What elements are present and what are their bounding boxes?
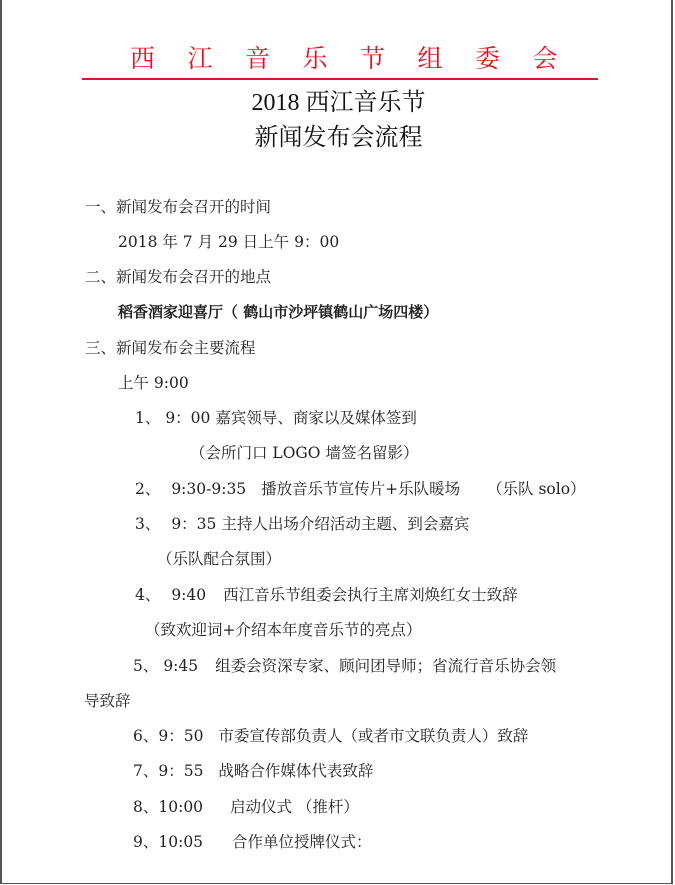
section-content-agenda-start: 上午 9:00 [118, 373, 189, 393]
agenda-item-3-note: （乐队配合氛围） [157, 549, 281, 569]
agenda-item-time: 9：35 [171, 515, 216, 533]
agenda-item-time: 9：55 [158, 762, 203, 780]
agenda-item-number: 1、 [135, 409, 160, 427]
agenda-item-1: 1、 9：00 嘉宾领导、商家以及媒体签到 [135, 408, 417, 428]
agenda-item-number: 4、 [135, 586, 160, 604]
agenda-item-6: 6、9：50 市委宣传部负责人（或者市文联负责人）致辞 [133, 726, 528, 746]
agenda-item-4-note: （致欢迎词+介绍本年度音乐节的亮点） [145, 620, 422, 640]
section-heading-location: 二、新闻发布会召开的地点 [85, 267, 271, 287]
organizer-header: 西江音乐节组委会 [130, 44, 590, 74]
agenda-item-8: 8、10:00 启动仪式 （推杆） [133, 797, 359, 817]
section-heading-agenda: 三、新闻发布会主要流程 [85, 338, 256, 358]
agenda-item-extra: （乐队 solo） [487, 480, 586, 498]
agenda-item-number: 9、 [133, 833, 158, 851]
agenda-item-number: 6、 [133, 727, 158, 745]
agenda-item-3: 3、 9：35 主持人出场介绍活动主题、到会嘉宾 [135, 514, 469, 534]
section-content-time: 2018 年 7 月 29 日上午 9：00 [118, 232, 339, 252]
agenda-item-time: 10:05 [158, 833, 203, 851]
agenda-item-number: 3、 [135, 515, 160, 533]
agenda-item-number: 2、 [135, 480, 160, 498]
agenda-item-9: 9、10:05 合作单位授牌仪式： [133, 832, 372, 852]
section-heading-time: 一、新闻发布会召开的时间 [85, 197, 271, 217]
agenda-item-time: 9:45 [163, 657, 198, 675]
agenda-item-text: 市委宣传部负责人（或者市文联负责人）致辞 [218, 727, 528, 745]
agenda-item-text: 启动仪式 （推杆） [230, 798, 359, 816]
agenda-item-7: 7、9：55 战略合作媒体代表致辞 [133, 761, 373, 781]
agenda-item-text: 主持人出场介绍活动主题、到会嘉宾 [221, 515, 469, 533]
agenda-item-number: 7、 [133, 762, 158, 780]
agenda-item-time: 9：00 [165, 409, 210, 427]
agenda-item-number: 8、 [133, 798, 158, 816]
agenda-item-time: 9:40 [171, 586, 206, 604]
agenda-item-text: 战略合作媒体代表致辞 [218, 762, 373, 780]
agenda-item-text: 嘉宾领导、商家以及媒体签到 [215, 409, 417, 427]
section-content-location: 稻香酒家迎喜厅（ 鹤山市沙坪镇鹤山广场四楼） [118, 302, 438, 322]
agenda-item-time: 9：50 [158, 727, 203, 745]
red-header-rule [82, 78, 598, 80]
agenda-item-5-wrap: 导致辞 [84, 691, 131, 711]
document-page: 西江音乐节组委会 2018 西江音乐节 新闻发布会流程 一、新闻发布会召开的时间… [0, 0, 673, 884]
agenda-item-4: 4、 9:40 西江音乐节组委会执行主席刘焕红女士致辞 [135, 585, 518, 605]
agenda-item-2: 2、 9:30-9:35 播放音乐节宣传片+乐队暖场 （乐队 solo） [135, 479, 586, 499]
agenda-item-time: 9:30-9:35 [171, 480, 246, 498]
agenda-item-text: 西江音乐节组委会执行主席刘焕红女士致辞 [223, 586, 518, 604]
agenda-item-1-note: （会所门口 LOGO 墙签名留影） [190, 443, 418, 463]
agenda-item-time: 10:00 [158, 798, 203, 816]
agenda-item-text: 组委会资深专家、顾问团导师；省流行音乐协会领 [215, 657, 556, 675]
document-title-line2: 新闻发布会流程 [2, 123, 675, 153]
agenda-item-text: 合作单位授牌仪式： [232, 833, 372, 851]
document-title-line1: 2018 西江音乐节 [2, 88, 675, 118]
agenda-item-5: 5、 9:45 组委会资深专家、顾问团导师；省流行音乐协会领 [133, 656, 556, 676]
agenda-item-number: 5、 [133, 657, 158, 675]
agenda-item-text: 播放音乐节宣传片+乐队暖场 [261, 480, 460, 498]
